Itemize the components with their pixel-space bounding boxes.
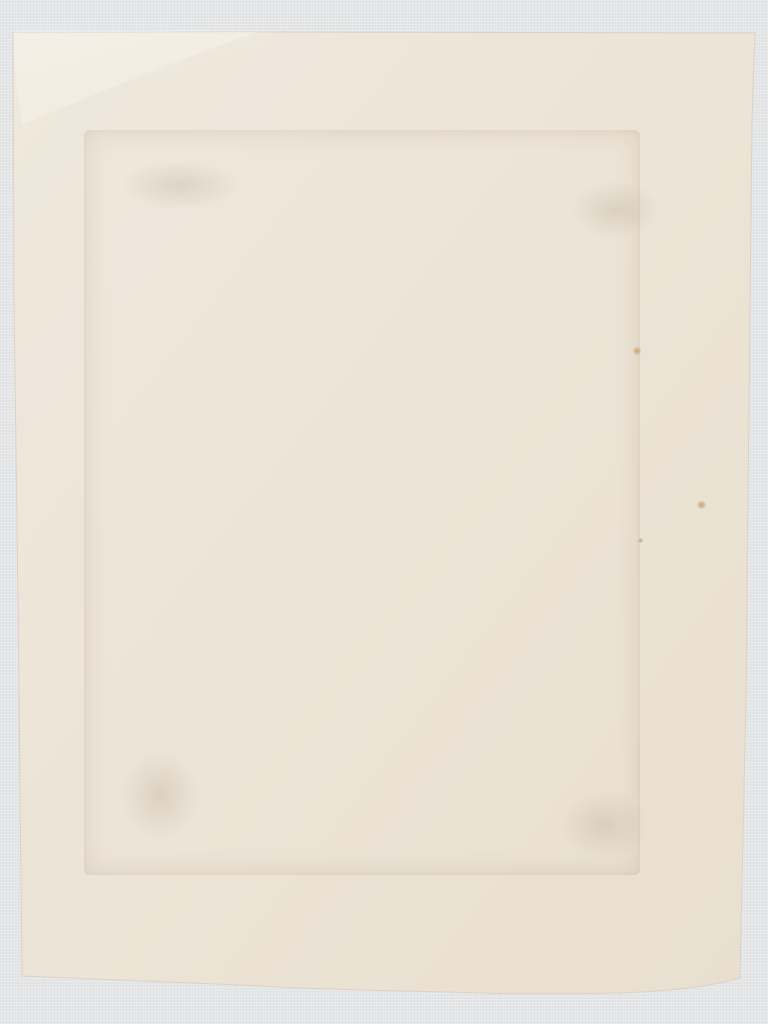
foxing-spot	[697, 501, 706, 509]
smudge	[570, 180, 660, 240]
folded-corner	[14, 30, 274, 120]
smudge	[560, 790, 650, 860]
foxing-spot	[633, 347, 641, 355]
smudge	[120, 750, 200, 840]
foxing-spot	[638, 538, 643, 543]
photo-scene: Back of an aged, off-white paper sheet p…	[0, 0, 768, 1024]
smudge	[120, 160, 240, 210]
